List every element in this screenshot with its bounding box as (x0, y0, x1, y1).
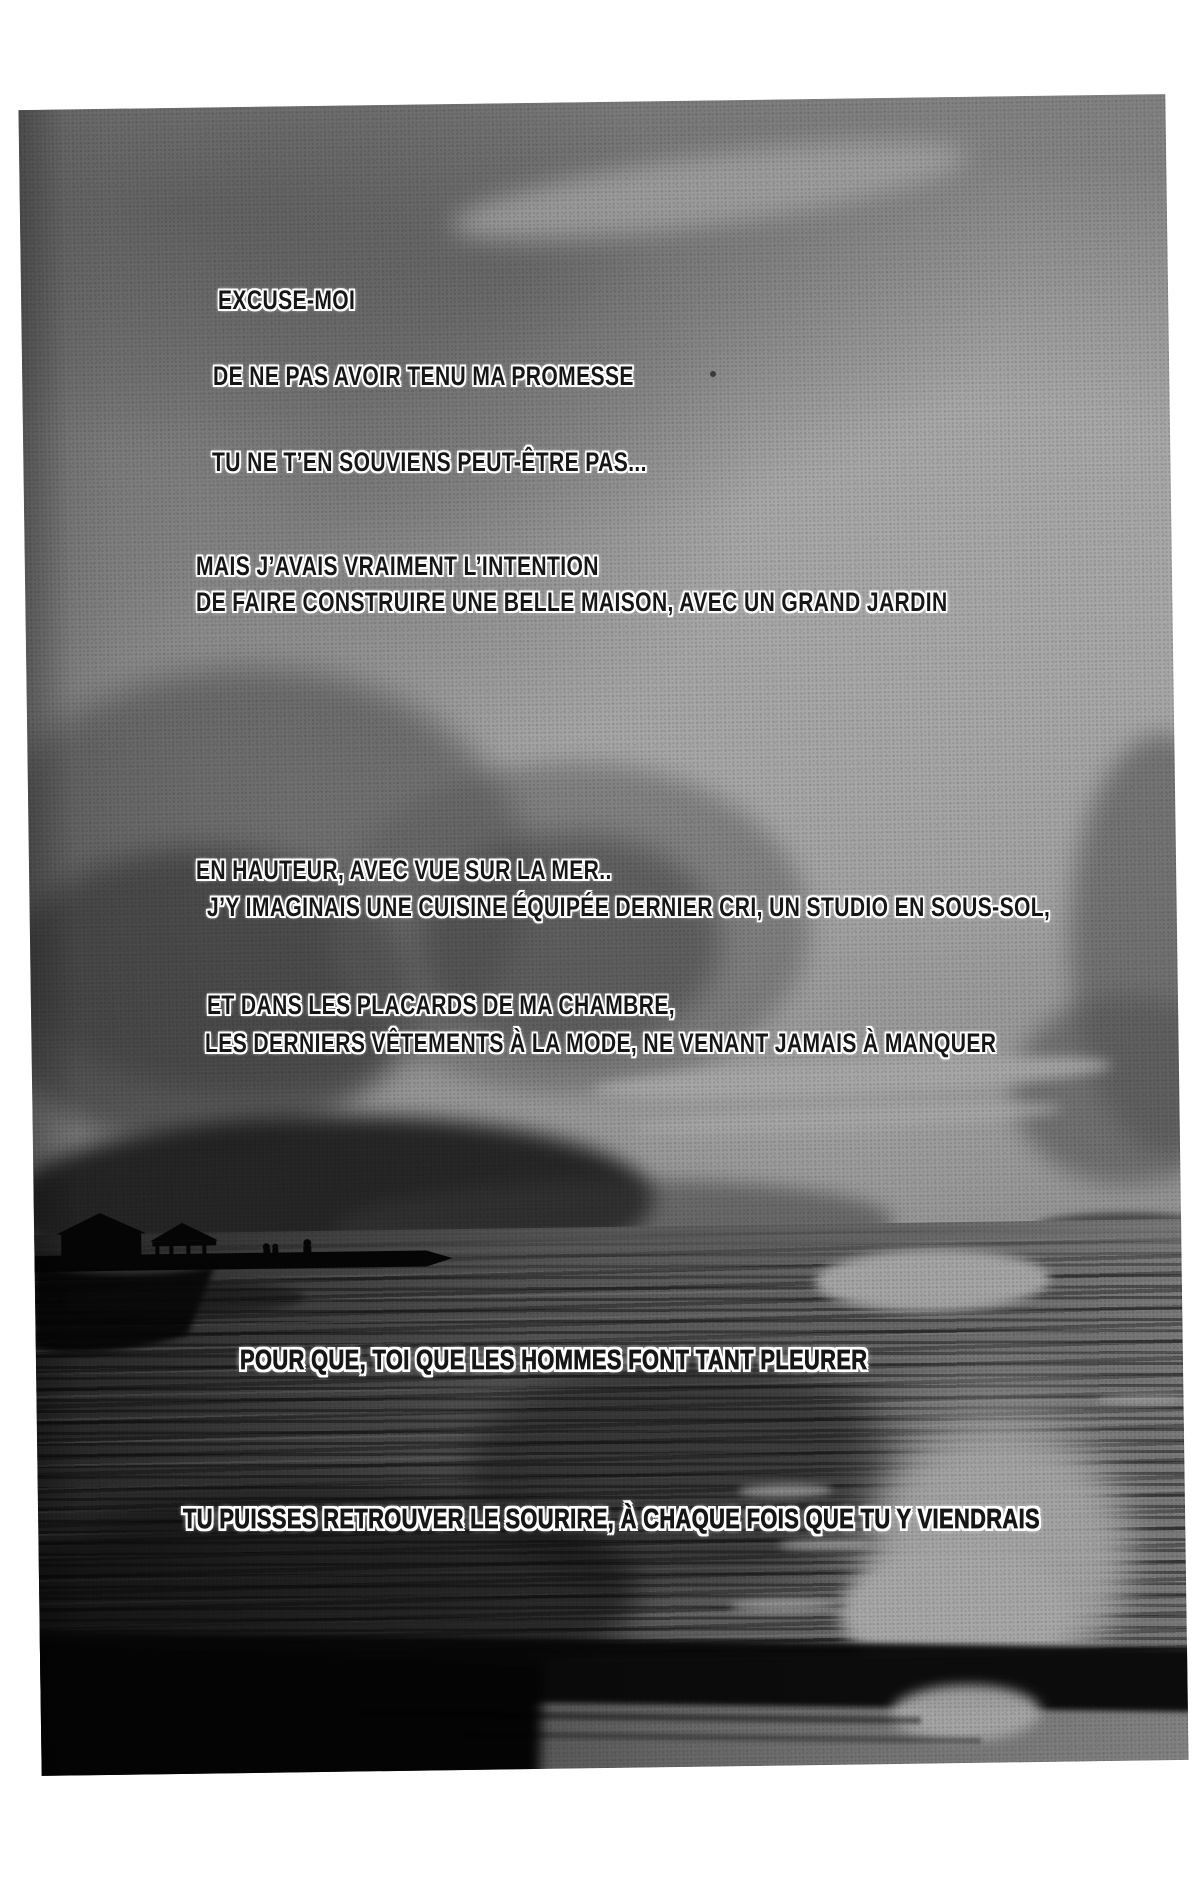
dialogue-line: ET DANS LES PLACARDS DE MA CHAMBRE, (207, 991, 675, 1019)
dialogue-line: EXCUSE-MOI (218, 286, 355, 314)
dialogue-line: EN HAUTEUR, AVEC VUE SUR LA MER.. (196, 856, 612, 884)
dialogue-line: MAIS J’AVAIS VRAIMENT L’INTENTION (196, 552, 599, 580)
dialogue-line: DE NE PAS AVOIR TENU MA PROMESSE (213, 362, 634, 390)
ink-speck (710, 371, 716, 377)
dialogue-line: DE FAIRE CONSTRUIRE UNE BELLE MAISON, AV… (196, 588, 948, 616)
dialogue-line: POUR QUE, TOI QUE LES HOMMES FONT TANT P… (240, 1345, 867, 1374)
dialogue-line: LES DERNIERS VÊTEMENTS À LA MODE, NE VEN… (205, 1029, 996, 1057)
dialogue-line: J’Y IMAGINAIS UNE CUISINE ÉQUIPÉE DERNIE… (207, 893, 1050, 921)
manga-page: EXCUSE-MOI DE NE PAS AVOIR TENU MA PROME… (0, 0, 1200, 1887)
dialogue-line: TU NE T’EN SOUVIENS PEUT-ÊTRE PAS... (212, 448, 647, 476)
dialogue-line: TU PUISSES RETROUVER LE SOURIRE, À CHAQU… (183, 1504, 1040, 1533)
